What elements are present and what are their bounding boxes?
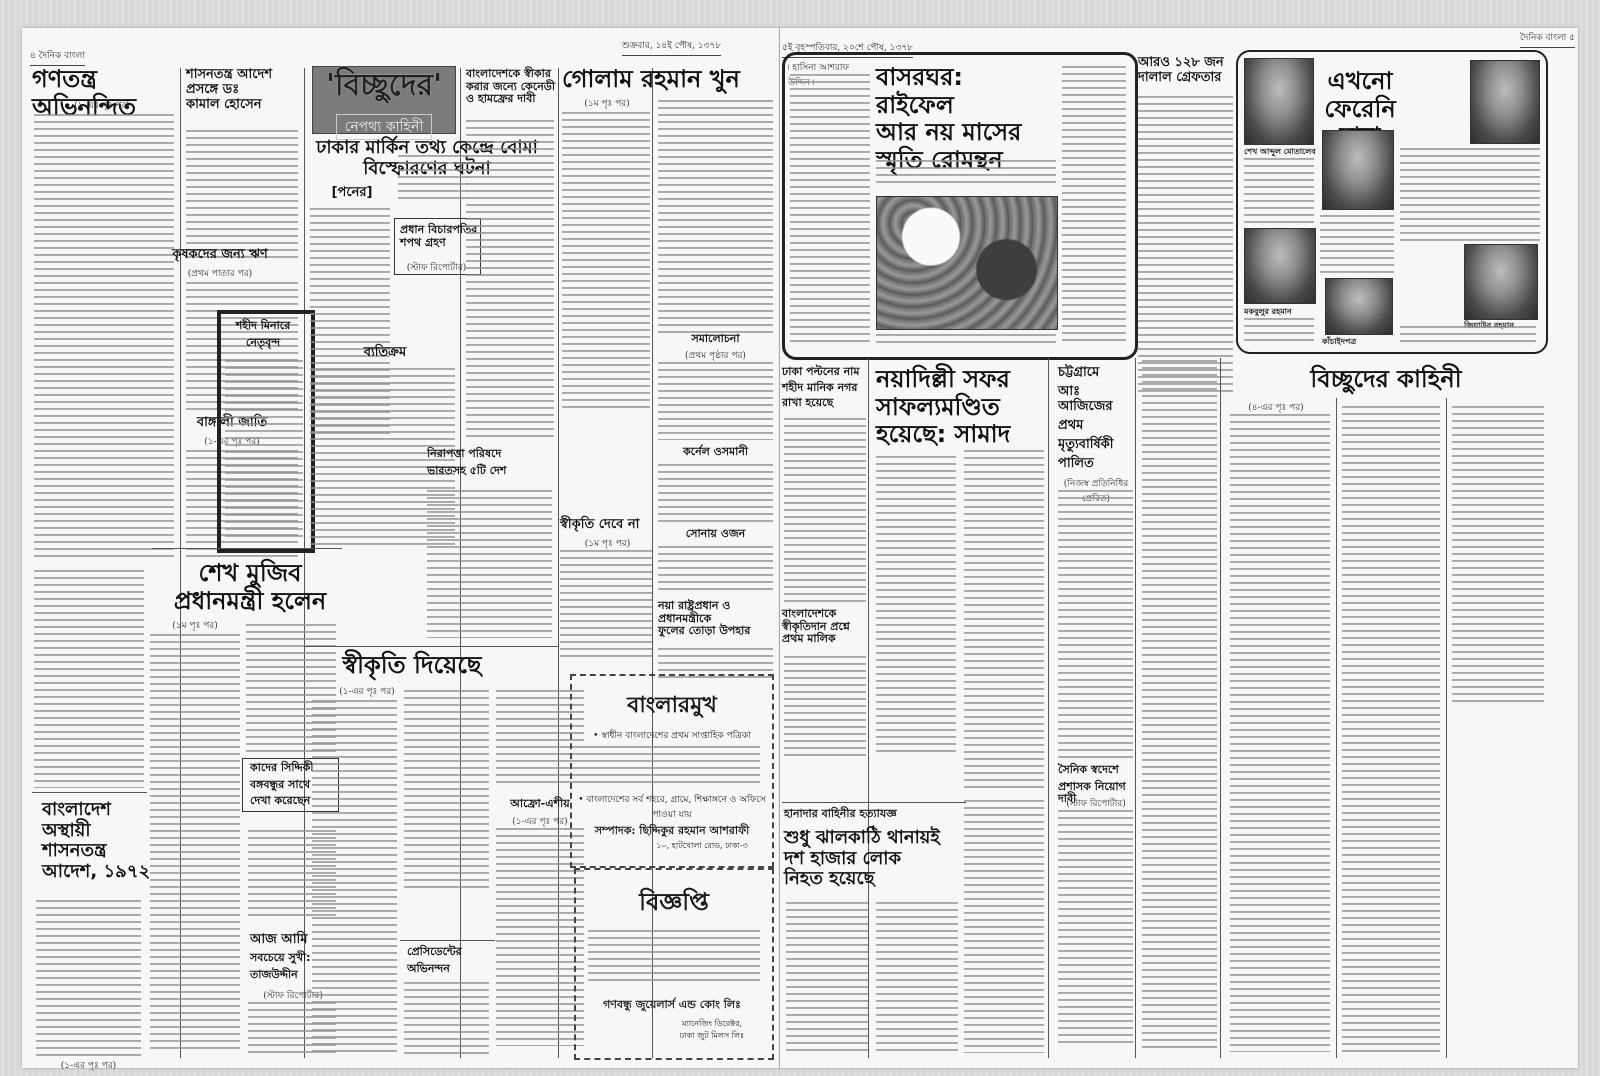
headline-line: বাংলাদেশকে স্বীকার xyxy=(466,68,556,81)
headline-jhalokathi: শুধু ঝালকাঠি থানায়ই দশ হাজার লোক নিহত হ… xyxy=(784,828,974,890)
missing-person-photo xyxy=(1464,244,1538,320)
article-body xyxy=(404,688,489,888)
headline-line: রাখা হয়েছে xyxy=(782,397,868,410)
article-body xyxy=(36,898,141,1058)
headline-line: ফেরেনি xyxy=(1320,96,1400,124)
headline-new-delhi: নয়াদিল্লী সফর সাফল্যমণ্ডিত হয়েছে: সামা… xyxy=(876,366,1056,449)
article-body xyxy=(562,110,650,410)
headline-line: এখনো xyxy=(1320,68,1400,96)
article-body xyxy=(964,448,1044,788)
headline-line: প্রথম মালিক xyxy=(782,633,868,646)
article-body xyxy=(876,158,1056,186)
photo-caption: কাঁচাইদপত্র xyxy=(1322,336,1356,349)
section-rule xyxy=(152,548,342,549)
article-body xyxy=(186,128,298,258)
headline-line: ভারতসহ ৫টি দেশ xyxy=(427,465,547,478)
headline-sonay-ojon: সোনায় ওজন xyxy=(658,528,773,541)
continued-label: (১-এর পৃঃ পর) xyxy=(32,98,172,113)
headline-chattogram: চট্টগ্রামে আঃ আজিজের প্রথম মৃত্যুবার্ষিক… xyxy=(1058,366,1138,472)
headline-sweekriti-diyeche: স্বীকৃতি দিয়েছে xyxy=(322,652,502,680)
article-body xyxy=(964,798,1044,1053)
ad-body xyxy=(584,744,760,784)
article-body xyxy=(658,360,773,440)
article-body xyxy=(560,548,652,658)
headline-sweekriti-debe-na: স্বীকৃতি দেবে না xyxy=(560,518,655,533)
continued-label: (১ম পৃঃ পর) xyxy=(150,618,240,633)
article-body xyxy=(427,488,552,638)
headline-krishok: কৃষকদের জন্য ঋণ xyxy=(150,248,290,263)
continued-label: (প্রথম পাতার পর) xyxy=(150,266,290,281)
headline-kennedy: বাংলাদেশকে স্বীকার করার জন্যে কেনেডী ও হ… xyxy=(466,68,556,106)
article-body xyxy=(784,654,866,759)
headline-line: ও হামফ্রের দাবী xyxy=(466,93,556,106)
missing-person-photo xyxy=(1470,60,1540,144)
article-body xyxy=(1452,404,1544,704)
article-body xyxy=(876,454,956,754)
headline-line: নয়া রাষ্ট্রপ্রধান ও xyxy=(658,600,778,613)
headline-line: নেতৃবৃন্দ xyxy=(221,337,305,350)
headline-line: নিরাপত্তা পরিষদে xyxy=(427,448,547,461)
headline-line: প্রথম xyxy=(1058,419,1138,434)
ad-title-biggopti: বিজ্ঞপ্তি xyxy=(574,884,774,924)
article-body xyxy=(1400,146,1540,246)
headline-line: সৈনিক স্বদেশে xyxy=(1058,764,1138,777)
headline-bichhuder-kahini: বিচ্ছুদের কাহিনী xyxy=(1226,366,1546,394)
ad-title-banglar-mukh: বাংলারমুখ xyxy=(570,688,774,725)
headline-byatikrom: ব্যতিক্রম xyxy=(310,346,460,361)
headline-dalal: আরও ১২৮ জন দালাল গ্রেফতার xyxy=(1138,56,1233,86)
banner-title: 'বিচ্ছুদের' xyxy=(326,61,442,112)
headline-line: মৃত্যুবার্ষিকী xyxy=(1058,438,1138,453)
continued-label: (১-এর পৃঃ পর) xyxy=(322,684,412,699)
article-body xyxy=(466,118,554,438)
article-body xyxy=(876,900,958,1055)
headline-president-abhinandan: প্রেসিডেন্টের অভিনন্দন xyxy=(407,946,497,975)
ad-address: ১০, হাটখোলা রোড, ঢাকা-৩ xyxy=(642,840,762,853)
article-body xyxy=(1400,324,1536,346)
article-body xyxy=(1058,808,1133,1048)
headline-shasontontro: শাসনতন্ত্র আদেশ প্রসঙ্গে ডঃ কামাল হোসেন xyxy=(186,68,301,113)
headline-line: বাসরঘর: রাইফেল xyxy=(876,64,1046,119)
bichhuder-banner: 'বিচ্ছুদের' নেপথ্য কাহিনী xyxy=(312,66,456,134)
continued-label: (১ম পৃঃ পর) xyxy=(562,96,652,111)
article-body xyxy=(34,568,144,788)
article-body xyxy=(1138,94,1233,394)
headline-line: ঢাকা পল্টনের নাম xyxy=(782,366,868,379)
article-body xyxy=(398,153,468,203)
headline-line: প্রেসিডেন্টের xyxy=(407,946,497,959)
headline-manik-nagar: ঢাকা পল্টনের নাম শহীদ মানিক নগর রাখা হয়… xyxy=(782,366,868,410)
column-rule xyxy=(1446,398,1447,1058)
headline-nirapotta: নিরাপত্তা পরিষদে ভারতসহ ৫টি দেশ xyxy=(427,448,547,477)
article-body xyxy=(786,900,868,1055)
section-rule xyxy=(32,792,147,793)
headline-line: দশ হাজার লোক xyxy=(784,849,974,870)
article-body xyxy=(784,416,866,606)
headline-line: চট্টগ্রামে xyxy=(1058,366,1138,381)
missing-person-photo xyxy=(1244,58,1314,145)
ad-body xyxy=(588,928,760,983)
headline-line: শাসনতন্ত্র আদেশ xyxy=(186,68,301,83)
headline-sheikh-mujib: শেখ মুজিব প্রধানমন্ত্রী হলেন xyxy=(150,560,350,615)
headline-line: আরও ১২৮ জন xyxy=(1138,56,1233,71)
article-body xyxy=(150,632,240,1052)
headline-line: পালিত xyxy=(1058,457,1138,472)
kicker-jhalokathi: হানাদার বাহিনীর হত্যাযজ্ঞ xyxy=(784,808,964,821)
column-rule xyxy=(1336,398,1337,1058)
headline-line: শাসনতন্ত্র xyxy=(42,841,152,862)
column-rule xyxy=(1048,358,1049,1058)
headline-line: নয়াদিল্লী সফর xyxy=(876,366,1056,394)
subhead-ponero: [পনের] xyxy=(312,186,392,201)
ad-editor: সম্পাদক: ছিদ্দিকুর রহমান আশরাফী xyxy=(578,822,766,841)
headline-line: আদেশ, ১৯৭২ xyxy=(42,862,152,883)
article-body xyxy=(1058,488,1133,758)
section-rule xyxy=(400,940,495,941)
folio-left: ৪ দৈনিক বাংলা xyxy=(30,48,85,66)
column-rule xyxy=(868,358,869,1058)
headline-line: প্রসঙ্গে ডঃ xyxy=(186,83,301,98)
continued-label: (১-এর পৃঃ পর) xyxy=(36,1058,141,1073)
column-rule xyxy=(1220,358,1221,1058)
headline-line: বাংলাদেশকে xyxy=(782,608,868,621)
ad-line: • বাংলাদেশের সর্ব শহরে, গ্রামে, শিক্ষাঙ্… xyxy=(578,792,766,822)
headline-line: শহীদ মিনারে xyxy=(221,320,305,333)
right-page: ৫ই বৃহস্পতিবার, ২০শে পৌষ, ১৩৭৮ দৈনিক বাং… xyxy=(780,28,1578,1068)
article-body xyxy=(1230,412,1330,1052)
headline-line: আর নয় মাসের xyxy=(876,119,1046,147)
article-body xyxy=(1320,213,1394,273)
ad-company: গণবন্ধু জুয়েলার্স এন্ড কোং লিঃ xyxy=(578,996,766,1015)
article-body xyxy=(312,698,397,1053)
headline-line: আঃ আজিজের xyxy=(1058,385,1138,415)
headline-line: ফুলের তোড়া উপহার xyxy=(658,625,778,638)
wedding-photo xyxy=(876,196,1058,330)
headline-sweekriti-proshne: বাংলাদেশকে স্বীকৃতিদান প্রশ্নে প্রথম মাল… xyxy=(782,608,868,646)
headline-line: হয়েছে: সামাদ xyxy=(876,421,1056,449)
article-body xyxy=(658,544,773,594)
article-body xyxy=(1062,64,1126,344)
folio-right: দৈনিক বাংলা ৫ xyxy=(1520,30,1575,48)
ad-signature: ঢাকা জুট মিলস লিঃ xyxy=(662,1030,762,1043)
article-body xyxy=(404,980,489,1055)
headline-shohid-minar: শহীদ মিনারে নেতৃবৃন্দ xyxy=(221,320,305,349)
headline-line: প্রধানমন্ত্রী হলেন xyxy=(150,588,350,616)
ad-line: • স্বাধীন বাংলাদেশের প্রথম সাপ্তাহিক পত্… xyxy=(578,728,766,743)
headline-line: বাংলাদেশ xyxy=(42,800,152,821)
section-rule xyxy=(782,802,966,803)
article-body xyxy=(225,358,303,538)
headline-line: অস্থায়ী xyxy=(42,821,152,842)
article-body xyxy=(658,462,773,522)
article-body xyxy=(34,112,174,562)
headline-line: শুধু ঝালকাঠি থানায়ই xyxy=(784,828,974,849)
section-rule xyxy=(304,646,559,647)
headline-line: নিহত হয়েছে xyxy=(784,869,974,890)
banner-subtitle: নেপথ্য কাহিনী xyxy=(336,114,433,140)
headline-line: শেখ মুজিব xyxy=(150,560,350,588)
article-body xyxy=(1342,404,1440,1052)
headline-line: অভিনন্দন xyxy=(407,963,497,976)
left-page: ৪ দৈনিক বাংলা শুক্রবার, ১৪ই পৌষ, ১৩৭৮ গণ… xyxy=(22,28,780,1068)
missing-person-photo xyxy=(1325,278,1393,335)
headline-line: সাফল্যমণ্ডিত xyxy=(876,394,1056,422)
missing-person-photo xyxy=(1322,130,1394,210)
article-body xyxy=(1244,316,1314,346)
headline-line: দালাল গ্রেফতার xyxy=(1138,71,1233,86)
article-body xyxy=(1142,358,1217,1048)
headline-osmani: কর্নেল ওসমানী xyxy=(658,446,773,459)
headline-rashtroprodhan: নয়া রাষ্ট্রপ্রধান ও প্রধানমন্ত্রীকে ফুল… xyxy=(658,600,778,638)
article-body xyxy=(658,98,773,338)
headline-ostayi-shason: বাংলাদেশ অস্থায়ী শাসনতন্ত্র আদেশ, ১৯৭২ xyxy=(42,800,152,883)
headline-somalochona: সমালোচনা xyxy=(658,333,773,346)
headline-line: শহীদ মানিক নগর xyxy=(782,382,868,395)
missing-person-photo xyxy=(1244,228,1316,304)
article-body xyxy=(790,72,870,342)
article-body xyxy=(876,332,1056,348)
headline-golam: গোলাম রহমান খুন xyxy=(562,66,777,94)
folio-date: শুক্রবার, ১৪ই পৌষ, ১৩৭৮ xyxy=(622,38,721,56)
article-body xyxy=(1244,156,1314,226)
headline-line: কামাল হোসেন xyxy=(186,98,301,113)
